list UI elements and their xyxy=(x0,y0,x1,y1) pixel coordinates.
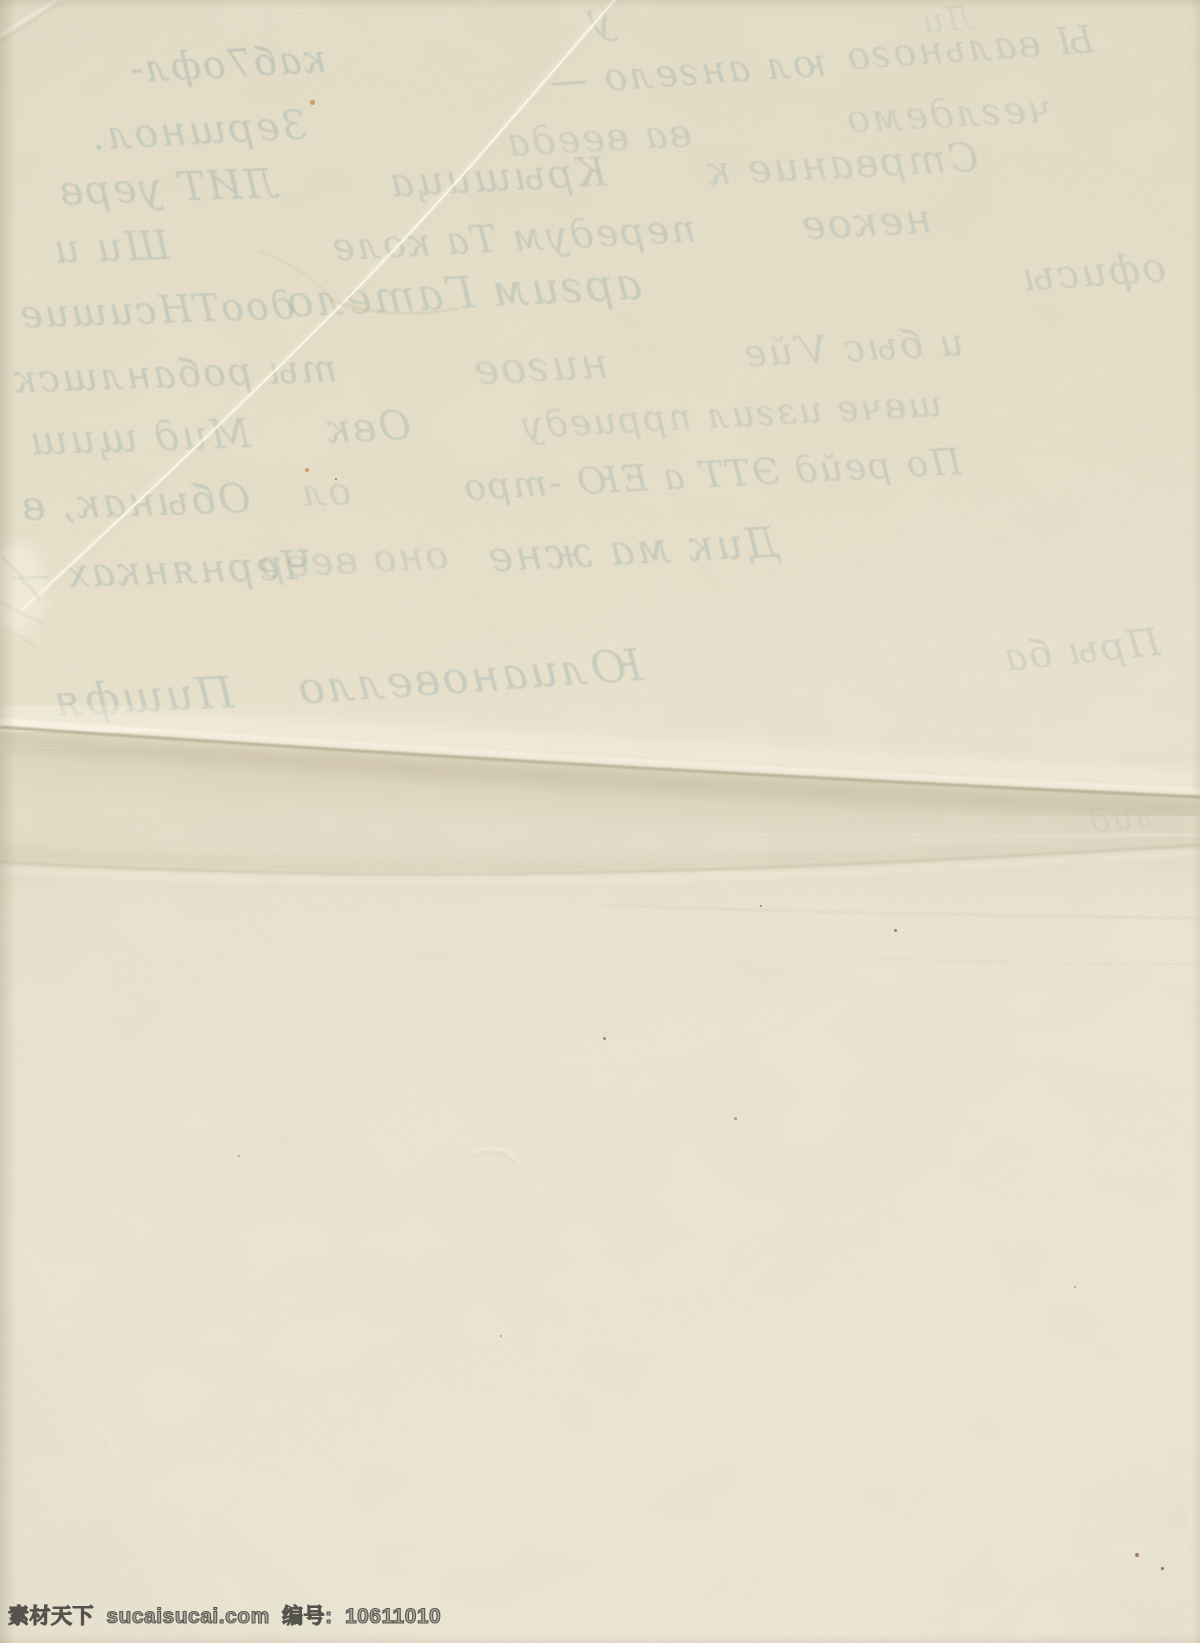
handwriting-fragment: Ы вального xyxy=(844,17,1096,78)
handwriting-fragment: юл ангело — xyxy=(547,40,828,103)
paper-speck xyxy=(335,478,337,480)
paper-speck xyxy=(734,1117,737,1120)
top-edge-shadow xyxy=(0,0,1200,10)
handwriting-fragment: и быс Ѵйе xyxy=(741,320,965,376)
bottom-edge-shadow xyxy=(0,1634,1200,1643)
handwriting-fragment: Пры ба xyxy=(1000,620,1162,680)
handwriting-fragment: Овк xyxy=(324,403,412,453)
paper-speck xyxy=(894,929,897,932)
paper-speck xyxy=(305,468,309,472)
paper-speck xyxy=(1135,1553,1139,1557)
paper-speck xyxy=(310,100,315,105)
handwriting-fragment: некое xyxy=(799,197,933,250)
handwriting-fragment: Ши и xyxy=(51,223,170,273)
handwriting-fragment: ЛИТ уерв xyxy=(57,161,278,215)
handwriting-fragment: Стрвание к xyxy=(704,135,980,195)
handwriting-fragment: каб7офл- xyxy=(127,37,327,91)
left-edge-shadow xyxy=(0,0,16,1643)
handwriting-fragment: Обынак, в xyxy=(19,476,251,530)
fold-zone-shading xyxy=(0,738,1200,908)
aged-paper-scan: уЛикаб7офл-юл ангело —Ы вальногоЗершнол.… xyxy=(0,0,1200,1643)
diagonal-crease xyxy=(0,0,623,648)
watermark-serial-label: 编号: xyxy=(282,1605,333,1628)
handwriting-fragment: офисы xyxy=(1019,245,1168,301)
paper-speck xyxy=(1161,1567,1164,1570)
handwriting-fragment: Чернянках — xyxy=(7,543,313,600)
paper-speck xyxy=(1074,1286,1076,1288)
handwriting-fragment: чеглдемо xyxy=(844,87,1053,142)
watermark-serial-number: 10611010 xyxy=(345,1605,441,1628)
handwriting-fragment: ол xyxy=(299,469,352,515)
handwriting-fragment: Мид щиш xyxy=(27,411,251,465)
watermark-site-url: sucaisucai.com xyxy=(106,1605,269,1628)
handwriting-fragment: По рейд ЭТТ а ЕЮ -тро xyxy=(461,442,962,509)
handwriting-fragment: ты робанлшск xyxy=(11,346,338,401)
handwriting-fragment: Пишфя xyxy=(51,667,235,727)
small-scratch xyxy=(472,1148,518,1162)
handwriting-fragment: аргим Гатело xyxy=(284,259,643,329)
handwriting-fragment: Зершнол. xyxy=(89,102,308,159)
watermark: 素材天下 sucaisucai.com 编号: 10611010 xyxy=(8,1604,447,1630)
handwriting-fragment: ва вееда xyxy=(504,111,693,165)
handwriting-fragment: Крышица xyxy=(387,149,608,206)
handwriting-fragment: Юлиановелло xyxy=(295,640,644,715)
handwriting-fragment: Дик ма жне xyxy=(485,517,780,581)
paper-speck xyxy=(238,1155,240,1157)
handwriting-fragment: дооТНсишие xyxy=(17,283,295,337)
handwriting-fragment: передум Та коле xyxy=(329,206,697,269)
handwriting-fragment: оно веер xyxy=(257,533,449,587)
watermark-site-name: 素材天下 xyxy=(8,1605,94,1628)
paper-speck xyxy=(500,1335,502,1337)
paper-speck xyxy=(603,1037,606,1040)
handwriting-fragment: нигое xyxy=(471,338,609,394)
right-edge-shadow xyxy=(1191,0,1200,1643)
handwriting-fragment: швче изгил прриеду xyxy=(519,384,943,447)
